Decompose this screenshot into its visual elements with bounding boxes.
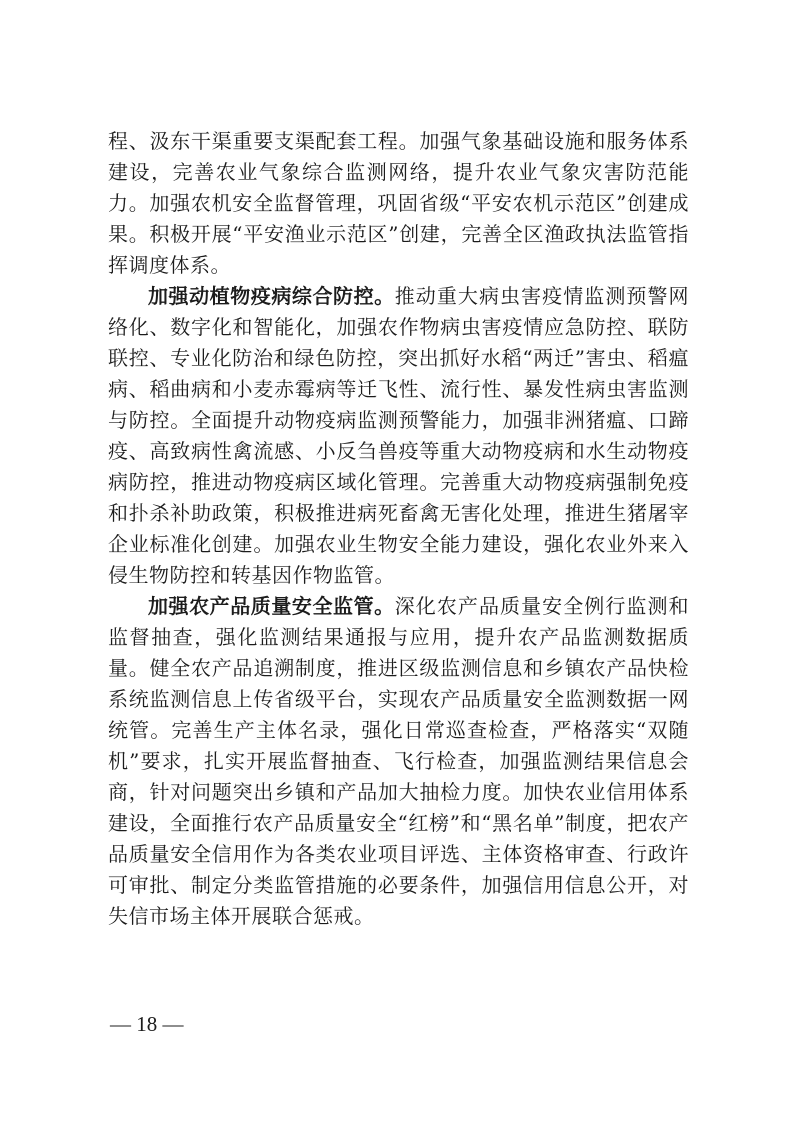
paragraph-lead-heading: 加强动植物疫病综合防控。: [148, 284, 395, 308]
document-page: 程、汲东干渠重要支渠配套工程。加强气象基础设施和服务体系建设，完善农业气象综合监…: [0, 0, 793, 1122]
paragraph-text: 程、汲东干渠重要支渠配套工程。加强气象基础设施和服务体系建设，完善农业气象综合监…: [108, 129, 689, 277]
paragraph-text: 深化农产品质量安全例行监测和监督抽查，强化监测结果通报与应用，提升农产品监测数据…: [108, 594, 689, 928]
page-number: — 18 —: [110, 1012, 184, 1037]
paragraph-lead-heading: 加强农产品质量安全监管。: [148, 594, 395, 618]
body-text: 程、汲东干渠重要支渠配套工程。加强气象基础设施和服务体系建设，完善农业气象综合监…: [108, 126, 689, 932]
paragraph-irrigation-meteorology: 程、汲东干渠重要支渠配套工程。加强气象基础设施和服务体系建设，完善农业气象综合监…: [108, 126, 689, 281]
paragraph-text: 推动重大病虫害疫情监测预警网络化、数字化和智能化，加强农作物病虫害疫情应急防控、…: [108, 284, 689, 587]
paragraph-disease-control: 加强动植物疫病综合防控。推动重大病虫害疫情监测预警网络化、数字化和智能化，加强农…: [108, 281, 689, 591]
paragraph-quality-safety: 加强农产品质量安全监管。深化农产品质量安全例行监测和监督抽查，强化监测结果通报与…: [108, 591, 689, 932]
